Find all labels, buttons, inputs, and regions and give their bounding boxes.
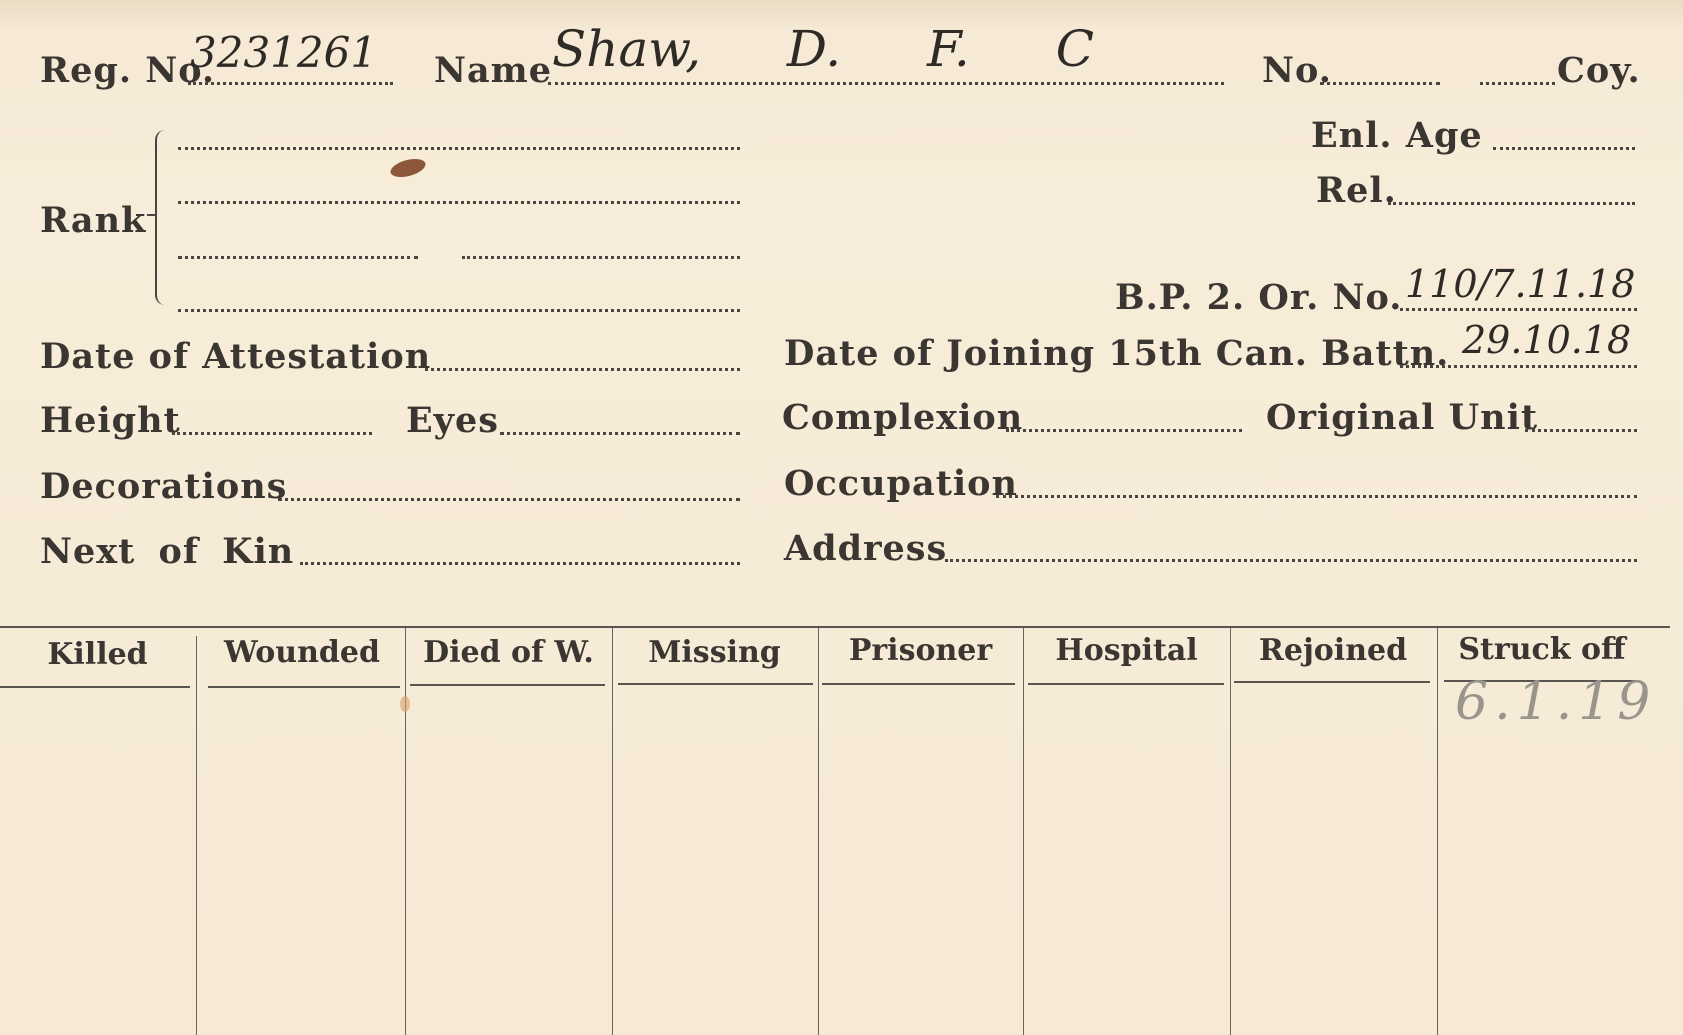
struck-off-value: 6.1.19 bbox=[1455, 672, 1656, 732]
next-of-kin-label: Next of Kin bbox=[40, 531, 294, 572]
col-divider bbox=[405, 628, 406, 1035]
col-prisoner: Prisoner bbox=[818, 633, 1023, 668]
occupation-label: Occupation bbox=[784, 463, 1018, 504]
enl-age-line bbox=[1493, 147, 1635, 150]
col-divider bbox=[1023, 628, 1024, 1035]
date-joining-label: Date of Joining 15th Can. Battn. bbox=[784, 333, 1449, 374]
col-died-of-wounds: Died of W. bbox=[406, 635, 611, 670]
complexion-line bbox=[1006, 429, 1242, 432]
header-rule bbox=[0, 686, 190, 688]
header-rule bbox=[1028, 683, 1224, 685]
name-value: Shaw, D. F. C bbox=[552, 20, 1094, 78]
col-killed: Killed bbox=[0, 637, 195, 672]
reg-no-value: 3231261 bbox=[190, 28, 377, 77]
header-rule bbox=[1234, 681, 1430, 683]
header-rule bbox=[208, 686, 400, 688]
stain bbox=[400, 696, 410, 712]
eyes-label: Eyes bbox=[406, 400, 499, 441]
rank-line-2 bbox=[178, 201, 740, 204]
header-rule bbox=[822, 683, 1015, 685]
rank-line-3b bbox=[462, 256, 740, 259]
col-divider bbox=[612, 628, 613, 1035]
col-divider bbox=[1230, 628, 1231, 1035]
name-line bbox=[548, 82, 1224, 85]
col-struck-off: Struck off bbox=[1437, 632, 1647, 667]
col-hospital: Hospital bbox=[1024, 633, 1229, 668]
date-joining-line bbox=[1400, 365, 1637, 368]
reg-no-line bbox=[188, 82, 393, 85]
bp2-line bbox=[1400, 308, 1637, 311]
rank-brace bbox=[155, 130, 171, 305]
col-divider bbox=[196, 636, 197, 1035]
no-line bbox=[1320, 82, 1440, 85]
complexion-label: Complexion bbox=[782, 397, 1023, 438]
enl-age-label: Enl. Age bbox=[1311, 115, 1483, 156]
eyes-line bbox=[500, 432, 740, 435]
header-rule bbox=[410, 684, 605, 686]
date-joining-value: 29.10.18 bbox=[1462, 318, 1631, 362]
bp2-value: 110/7.11.18 bbox=[1405, 262, 1635, 306]
coy-label: Coy. bbox=[1557, 50, 1641, 91]
col-divider bbox=[1437, 628, 1438, 1035]
rank-line-3a bbox=[178, 256, 418, 259]
occupation-line bbox=[996, 495, 1637, 498]
height-line bbox=[172, 432, 372, 435]
name-label: Name bbox=[434, 50, 552, 91]
col-wounded: Wounded bbox=[198, 635, 406, 670]
rel-line bbox=[1388, 202, 1635, 205]
ink-stain bbox=[389, 156, 428, 181]
bp2-label: B.P. 2. Or. No. bbox=[1115, 277, 1402, 318]
address-line bbox=[945, 559, 1637, 562]
coy-line bbox=[1480, 82, 1555, 85]
decorations-line bbox=[278, 498, 740, 501]
decorations-label: Decorations bbox=[40, 466, 287, 507]
date-attestation-line bbox=[425, 368, 740, 371]
col-divider bbox=[818, 628, 819, 1035]
date-attestation-label: Date of Attestation bbox=[40, 336, 431, 377]
address-label: Address bbox=[784, 528, 947, 569]
col-missing: Missing bbox=[612, 635, 817, 670]
rel-label: Rel. bbox=[1316, 170, 1397, 211]
next-of-kin-line bbox=[300, 562, 740, 565]
rank-line-1 bbox=[178, 147, 740, 150]
original-unit-line bbox=[1525, 429, 1637, 432]
table-top-rule bbox=[0, 626, 1670, 628]
rank-label: Rank bbox=[40, 200, 146, 241]
header-rule bbox=[618, 683, 813, 685]
service-record-card: Reg. No. 3231261 Name Shaw, D. F. C No. … bbox=[0, 0, 1683, 1035]
original-unit-label: Original Unit bbox=[1266, 397, 1538, 438]
col-rejoined: Rejoined bbox=[1230, 633, 1436, 668]
rank-line-4 bbox=[178, 309, 740, 312]
height-label: Height bbox=[40, 400, 181, 441]
